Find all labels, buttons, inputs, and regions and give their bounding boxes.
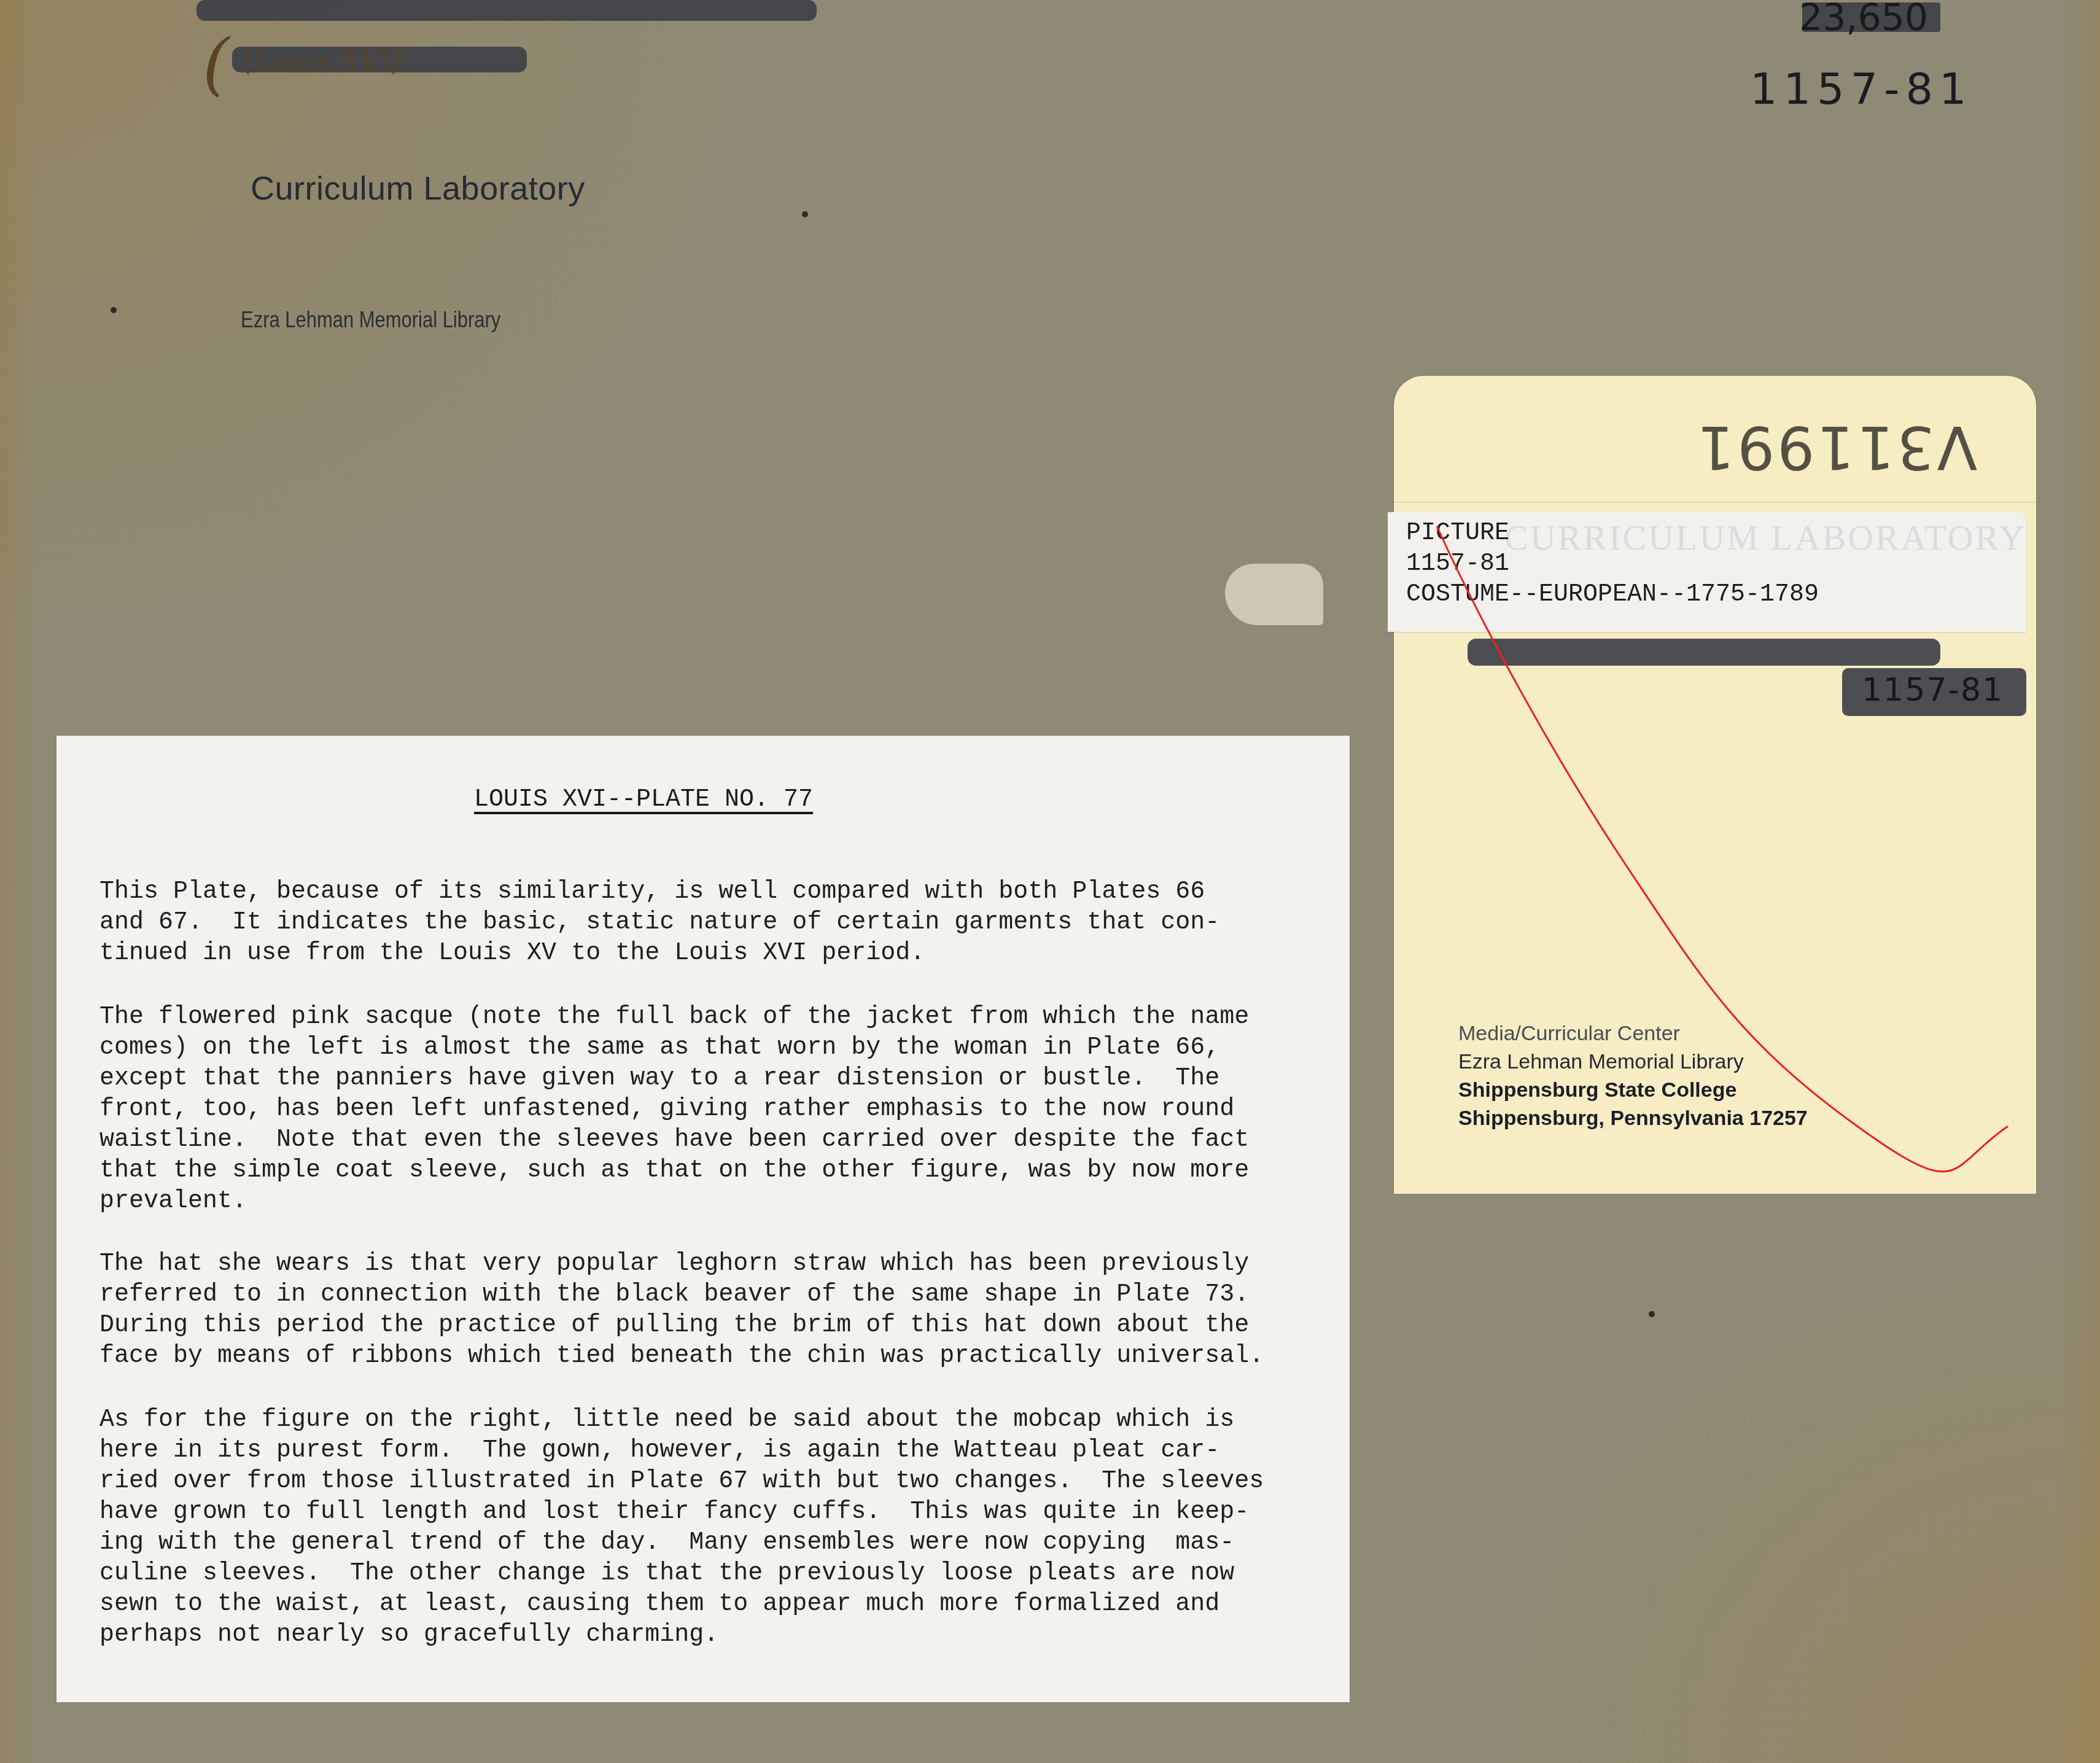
label-call-number: 1157-81: [1406, 550, 1509, 578]
paragraph-2: The flowered pink sacque (note the full …: [99, 1002, 1334, 1217]
text-line: tinued in use from the Louis XV to the L…: [99, 938, 1334, 969]
text-line: ried over from those illustrated in Plat…: [99, 1466, 1334, 1497]
speck: [111, 307, 117, 313]
address-line-3: Shippensburg State College: [1458, 1076, 1808, 1104]
catalog-label: CURRICULUM LABORATORY PICTURE 1157-81 CO…: [1388, 512, 2026, 632]
text-line: waistline. Note that even the sleeves ha…: [99, 1125, 1334, 1156]
speck: [802, 211, 808, 217]
text-line: The hat she wears is that very popular l…: [99, 1249, 1334, 1280]
text-line: The flowered pink sacque (note the full …: [99, 1002, 1334, 1033]
handwritten-accession-number: V311991: [1695, 413, 1977, 481]
crossed-out-number: 23,650: [1799, 0, 1928, 39]
text-line: that the simple coat sleeve, such as tha…: [99, 1156, 1334, 1186]
text-line: front, too, has been left unfastened, gi…: [99, 1094, 1334, 1125]
text-line: This Plate, because of its similarity, i…: [99, 877, 1334, 908]
text-line: have grown to full length and lost their…: [99, 1497, 1334, 1528]
address-line-4: Shippensburg, Pennsylvania 17257: [1458, 1104, 1808, 1132]
text-line: sewn to the waist, at least, causing the…: [99, 1589, 1334, 1620]
text-line: referred to in connection with the black…: [99, 1280, 1334, 1310]
text-line: ing with the general trend of the day. M…: [99, 1528, 1334, 1559]
library-card-pocket[interactable]: V311991 CURRICULUM LABORATORY PICTURE 11…: [1394, 376, 2036, 1193]
speck: [1649, 1311, 1655, 1317]
tape-remnant: [1225, 564, 1323, 625]
address-line-1: Media/Curricular Center: [1458, 1019, 1808, 1048]
paragraph-4: As for the figure on the right, little n…: [99, 1405, 1334, 1651]
text-line: prevalent.: [99, 1186, 1334, 1217]
address-line-2: Ezra Lehman Memorial Library: [1458, 1048, 1808, 1076]
text-line: comes) on the left is almost the same as…: [99, 1033, 1334, 1064]
text-line: culine sleeves. The other change is that…: [99, 1559, 1334, 1589]
text-line: here in its purest form. The gown, howev…: [99, 1436, 1334, 1466]
text-line: except that the panniers have given way …: [99, 1064, 1334, 1094]
label-subject: COSTUME--EUROPEAN--1775-1789: [1406, 581, 1819, 609]
paragraph-1: This Plate, because of its similarity, i…: [99, 877, 1334, 969]
text-line: perhaps not nearly so gracefully charmin…: [99, 1620, 1334, 1651]
text-line: and 67. It indicates the basic, static n…: [99, 908, 1334, 938]
paragraph-3: The hat she wears is that very popular l…: [99, 1249, 1334, 1372]
ezra-lehman-library-stamp: Ezra Lehman Memorial Library: [241, 307, 500, 333]
text-line: During this period the practice of pulli…: [99, 1310, 1334, 1341]
label-ghost-text: CURRICULUM LABORATORY: [1504, 517, 2026, 558]
folder-call-number: 1157-81: [1750, 64, 1972, 114]
typed-description-sheet: LOUIS XVI--PLATE NO. 77 This Plate, beca…: [56, 736, 1350, 1702]
marker-redaction-pocket: [1468, 639, 1940, 666]
curriculum-laboratory-stamp: Curriculum Laboratory: [251, 169, 585, 208]
marker-redaction-top-line: [196, 0, 817, 21]
text-line: face by means of ribbons which tied bene…: [99, 1341, 1334, 1372]
label-type: PICTURE: [1406, 520, 1509, 547]
handwritten-louis-xvi: (Louis XVI): [243, 44, 403, 77]
handwritten-paren-open: (: [203, 25, 229, 103]
plate-title: LOUIS XVI--PLATE NO. 77: [474, 786, 813, 814]
pocket-address-stamp: Media/Curricular Center Ezra Lehman Memo…: [1458, 1019, 1808, 1132]
pocket-call-number: 1157-81: [1862, 672, 2004, 709]
text-line: As for the figure on the right, little n…: [99, 1405, 1334, 1436]
